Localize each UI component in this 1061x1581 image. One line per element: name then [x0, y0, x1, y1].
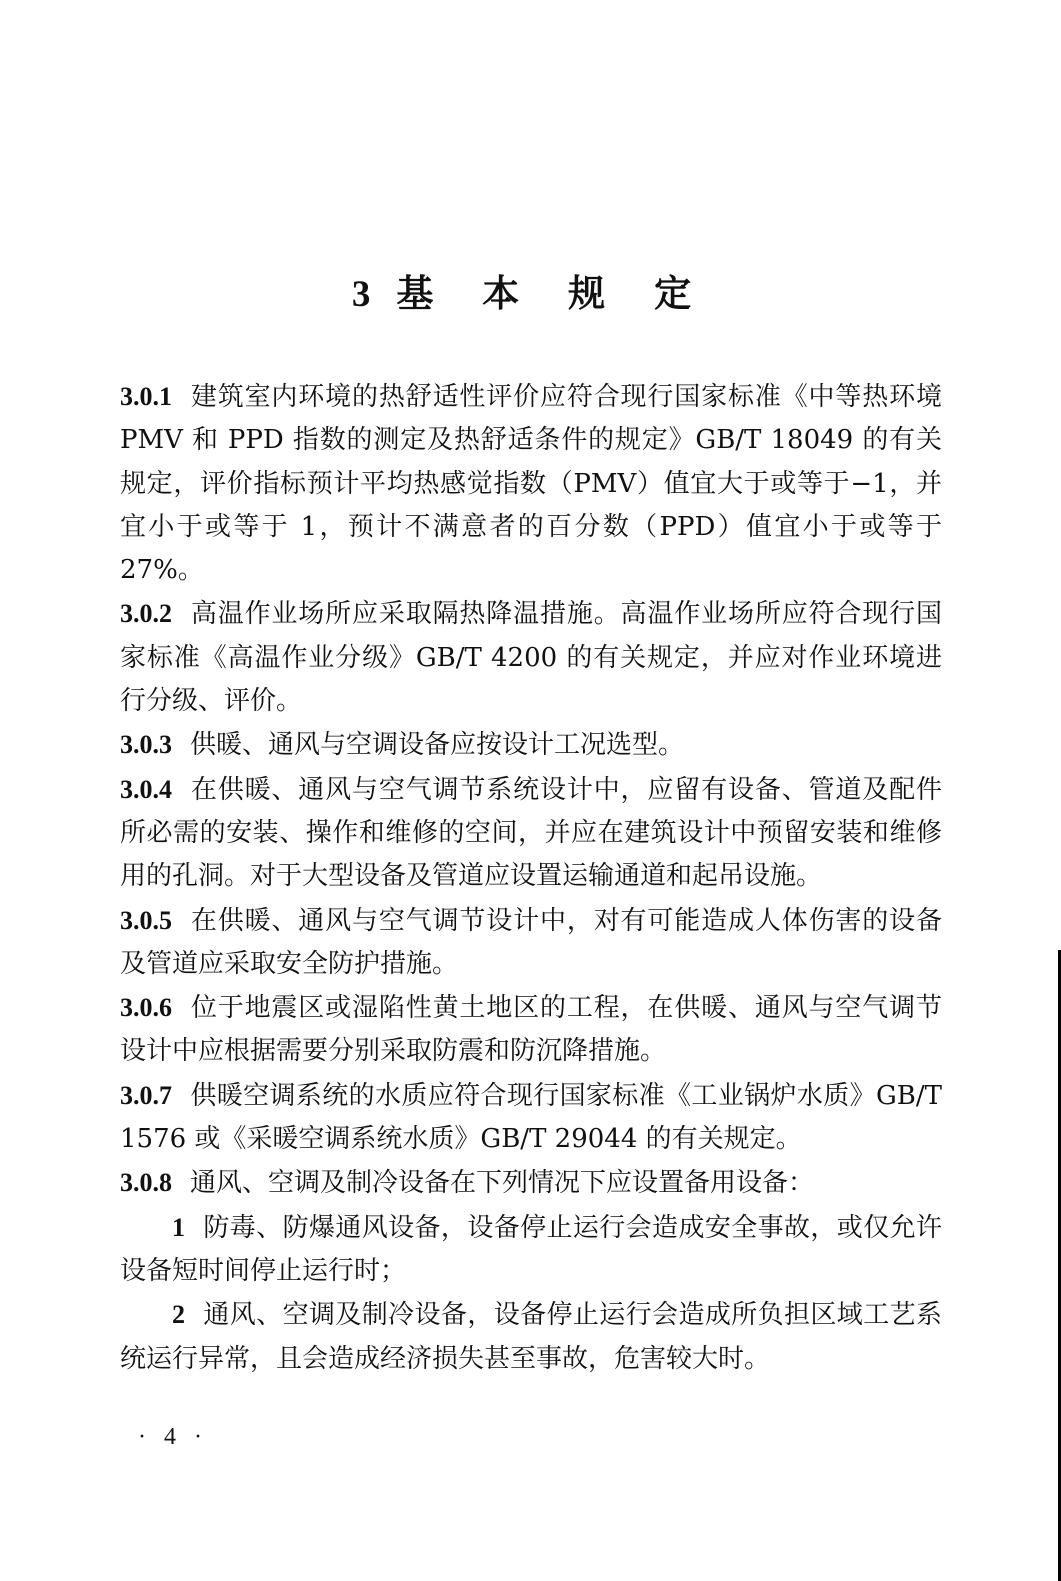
clause-number: 3.0.1: [120, 382, 172, 411]
clause-text: 高温作业场所应采取隔热降温措施。高温作业场所应符合现行国家标准《高温作业分级》G…: [120, 599, 942, 716]
clause-3-0-3: 3.0.3供暖、通风与空调设备应按设计工况选型。: [120, 723, 942, 767]
clause-3-0-7: 3.0.7供暖空调系统的水质应符合现行国家标准《工业锅炉水质》GB/T 1576…: [120, 1074, 942, 1162]
item-text: 防毒、防爆通风设备，设备停止运行会造成安全事故，或仅允许设备短时间停止运行时；: [120, 1213, 942, 1286]
clause-3-0-2: 3.0.2高温作业场所应采取隔热降温措施。高温作业场所应符合现行国家标准《高温作…: [120, 592, 942, 723]
clause-text: 供暖、通风与空调设备应按设计工况选型。: [190, 730, 684, 760]
clause-text: 位于地震区或湿陷性黄土地区的工程，在供暖、通风与空气调节设计中应根据需要分别采取…: [120, 993, 942, 1066]
clause-text: 在供暖、通风与空气调节系统设计中，应留有设备、管道及配件所必需的安装、操作和维修…: [120, 775, 942, 892]
item-number: 1: [172, 1213, 185, 1242]
clause-text: 通风、空调及制冷设备在下列情况下应设置备用设备：: [190, 1168, 814, 1198]
clause-number: 3.0.7: [120, 1081, 172, 1110]
clause-3-0-4: 3.0.4在供暖、通风与空气调节系统设计中，应留有设备、管道及配件所必需的安装、…: [120, 768, 942, 899]
clause-number: 3.0.5: [120, 906, 172, 935]
item-text: 通风、空调及制冷设备，设备停止运行会造成所负担区域工艺系统运行异常，且会造成经济…: [120, 1300, 942, 1373]
clause-number: 3.0.2: [120, 599, 172, 628]
clause-text: 供暖空调系统的水质应符合现行国家标准《工业锅炉水质》GB/T 1576 或《采暖…: [120, 1081, 942, 1154]
list-item-2: 2通风、空调及制冷设备，设备停止运行会造成所负担区域工艺系统运行异常，且会造成经…: [120, 1293, 942, 1381]
clause-text: 建筑室内环境的热舒适性评价应符合现行国家标准《中等热环境 PMV 和 PPD 指…: [120, 382, 942, 585]
clause-number: 3.0.8: [120, 1168, 172, 1197]
document-page: 3基 本 规 定 3.0.1建筑室内环境的热舒适性评价应符合现行国家标准《中等热…: [0, 0, 1061, 1581]
document-body: 3.0.1建筑室内环境的热舒适性评价应符合现行国家标准《中等热环境 PMV 和 …: [120, 375, 942, 1381]
item-number: 2: [172, 1300, 185, 1329]
chapter-number: 3: [352, 274, 371, 315]
clause-text: 在供暖、通风与空气调节设计中，对有可能造成人体伤害的设备及管道应采取安全防护措施…: [120, 906, 942, 979]
clause-3-0-8: 3.0.8通风、空调及制冷设备在下列情况下应设置备用设备：: [120, 1161, 942, 1205]
chapter-title-text: 基 本 规 定: [396, 271, 709, 315]
clause-3-0-6: 3.0.6位于地震区或湿陷性黄土地区的工程，在供暖、通风与空气调节设计中应根据需…: [120, 986, 942, 1074]
clause-number: 3.0.4: [120, 775, 172, 804]
page-number: · 4 ·: [138, 1422, 208, 1452]
clause-3-0-1: 3.0.1建筑室内环境的热舒适性评价应符合现行国家标准《中等热环境 PMV 和 …: [120, 375, 942, 592]
clause-number: 3.0.6: [120, 993, 172, 1022]
clause-3-0-5: 3.0.5在供暖、通风与空气调节设计中，对有可能造成人体伤害的设备及管道应采取安…: [120, 899, 942, 987]
list-item-1: 1防毒、防爆通风设备，设备停止运行会造成安全事故，或仅允许设备短时间停止运行时；: [120, 1206, 942, 1294]
clause-number: 3.0.3: [120, 730, 172, 759]
chapter-title: 3基 本 规 定: [0, 265, 1061, 323]
